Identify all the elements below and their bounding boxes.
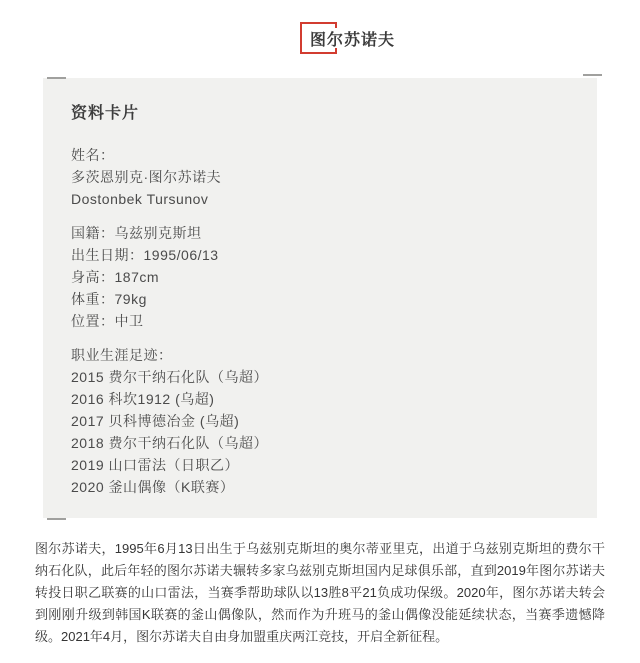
article-paragraph: 图尔苏诺夫，1995年6月13日出生于乌兹别克斯坦的奥尔蒂亚里克，出道于乌兹别克… [35, 538, 605, 648]
profile-card: 资料卡片 姓名： 多茨恩别克·图尔苏诺夫 Dostonbek Tursunov … [43, 78, 597, 518]
card-corner-dash-top-right [583, 74, 602, 76]
info-line: 出生日期：1995/06/13 [71, 244, 569, 266]
info-line: 国籍：乌兹别克斯坦 [71, 222, 569, 244]
info-line: 体重：79kg [71, 288, 569, 310]
career-line: 2017 贝科博德冶金 (乌超) [71, 410, 569, 432]
career-line: 2020 釜山偶像（K联赛） [71, 476, 569, 498]
career-line: 2019 山口雷法（日职乙） [71, 454, 569, 476]
page-title: 图尔苏诺夫 [310, 27, 395, 50]
info-line: 身高：187cm [71, 266, 569, 288]
card-title: 资料卡片 [71, 100, 569, 123]
career-list: 2015 费尔干纳石化队（乌超）2016 科坎1912 (乌超)2017 贝科博… [71, 366, 569, 498]
player-name-zh: 多茨恩别克·图尔苏诺夫 [71, 166, 569, 188]
career-section: 职业生涯足迹： 2015 费尔干纳石化队（乌超）2016 科坎1912 (乌超)… [71, 344, 569, 498]
card-corner-dash-bottom-left [47, 518, 66, 520]
card-corner-dash-top-left [47, 77, 66, 79]
info-section: 国籍：乌兹别克斯坦出生日期：1995/06/13身高：187cm体重：79kg位… [71, 222, 569, 332]
page-header: 图尔苏诺夫 [0, 0, 640, 78]
career-line: 2016 科坎1912 (乌超) [71, 388, 569, 410]
article-page: 图尔苏诺夫 资料卡片 姓名： 多茨恩别克·图尔苏诺夫 Dostonbek Tur… [0, 0, 640, 663]
career-line: 2018 费尔干纳石化队（乌超） [71, 432, 569, 454]
article-body: 图尔苏诺夫，1995年6月13日出生于乌兹别克斯坦的奥尔蒂亚里克，出道于乌兹别克… [35, 538, 605, 648]
info-line: 位置：中卫 [71, 310, 569, 332]
name-section: 姓名： 多茨恩别克·图尔苏诺夫 Dostonbek Tursunov [71, 144, 569, 210]
career-line: 2015 费尔干纳石化队（乌超） [71, 366, 569, 388]
career-header: 职业生涯足迹： [71, 344, 569, 366]
name-label: 姓名： [71, 144, 569, 166]
player-name-en: Dostonbek Tursunov [71, 188, 569, 210]
